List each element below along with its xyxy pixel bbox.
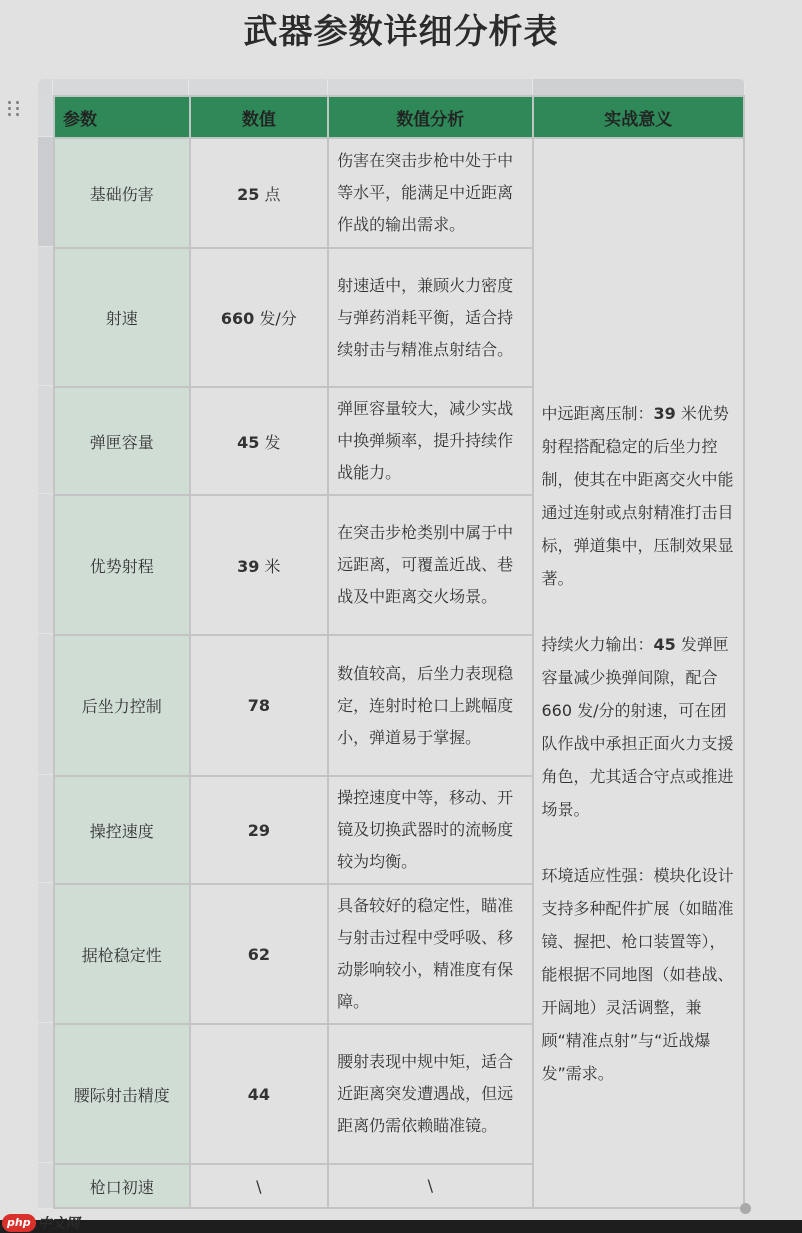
drag-handle-icon[interactable] (8, 101, 20, 117)
value-unit: 发 (265, 433, 281, 452)
row-handle-1[interactable] (38, 137, 53, 247)
watermark-text: 中文网 (38, 1213, 80, 1233)
value-cell[interactable]: \ (190, 1164, 329, 1208)
value-number: 25 (237, 185, 259, 204)
param-cell[interactable]: 优势射程 (54, 495, 190, 635)
analysis-cell[interactable]: 在突击步枪类别中属于中远距离，可覆盖近战、巷战及中距离交火场景。 (328, 495, 532, 635)
analysis-cell[interactable]: 操控速度中等，移动、开镜及切换武器时的流畅度较为均衡。 (328, 776, 532, 884)
value-number: \ (256, 1177, 261, 1196)
row-handle-2[interactable] (38, 247, 53, 386)
param-cell[interactable]: 据枪稳定性 (54, 884, 190, 1024)
value-cell[interactable]: 45 发 (190, 387, 329, 495)
row-handle-5[interactable] (38, 634, 53, 775)
value-number: 45 (237, 433, 259, 452)
value-number: 44 (248, 1085, 270, 1104)
corner-cell[interactable] (38, 79, 53, 95)
value-cell[interactable]: 25 点 (190, 138, 329, 248)
column-header-a[interactable] (53, 79, 189, 95)
param-cell[interactable]: 操控速度 (54, 776, 190, 884)
value-number: 29 (248, 821, 270, 840)
row-handle-7[interactable] (38, 883, 53, 1023)
value-number: 78 (248, 696, 270, 715)
value-number: 39 (237, 557, 259, 576)
analysis-cell[interactable]: 射速适中，兼顾火力密度与弹药消耗平衡，适合持续射击与精准点射结合。 (328, 248, 532, 387)
row-handle-6[interactable] (38, 775, 53, 883)
value-cell[interactable]: 78 (190, 635, 329, 776)
analysis-cell[interactable]: 腰射表现中规中矩，适合近距离突发遭遇战，但远距离仍需依赖瞄准镜。 (328, 1024, 532, 1164)
value-cell[interactable]: 39 米 (190, 495, 329, 635)
value-unit: 点 (265, 185, 281, 204)
value-number: 62 (248, 945, 270, 964)
analysis-cell[interactable]: 伤害在突击步枪中处于中等水平，能满足中近距离作战的输出需求。 (328, 138, 532, 248)
value-cell[interactable]: 660 发/分 (190, 248, 329, 387)
meaning-cell[interactable]: 中远距离压制：39 米优势射程搭配稳定的后坐力控制，使其在中距离交火中能通过连射… (533, 138, 745, 1208)
analysis-cell[interactable]: 数值较高，后坐力表现稳定，连射时枪口上跳幅度小，弹道易于掌握。 (328, 635, 532, 776)
spreadsheet-table: 参数 数值 数值分析 实战意义 基础伤害 25 点 伤害在突击步枪中处于中等水平… (38, 79, 745, 1209)
row-handle-9[interactable] (38, 1163, 53, 1209)
value-unit: 发/分 (259, 309, 296, 328)
bottom-bar (0, 1220, 802, 1233)
table-row: 基础伤害 25 点 伤害在突击步枪中处于中等水平，能满足中近距离作战的输出需求。… (54, 138, 744, 248)
column-header-d[interactable] (533, 79, 745, 95)
header-value[interactable]: 数值 (190, 96, 329, 138)
column-header-b[interactable] (189, 79, 328, 95)
page-title: 武器参数详细分析表 (0, 4, 802, 53)
meaning-paragraph-1: 中远距离压制：39 米优势射程搭配稳定的后坐力控制，使其在中距离交火中能通过连射… (542, 397, 736, 595)
header-param[interactable]: 参数 (54, 96, 190, 138)
analysis-cell[interactable]: 弹匣容量较大，减少实战中换弹频率，提升持续作战能力。 (328, 387, 532, 495)
value-cell[interactable]: 29 (190, 776, 329, 884)
analysis-cell[interactable]: 具备较好的稳定性，瞄准与射击过程中受呼吸、移动影响较小，精准度有保障。 (328, 884, 532, 1024)
param-cell[interactable]: 基础伤害 (54, 138, 190, 248)
table-resize-handle[interactable] (740, 1203, 751, 1214)
column-header-bar (38, 79, 745, 95)
param-cell[interactable]: 射速 (54, 248, 190, 387)
row-handle-8[interactable] (38, 1023, 53, 1163)
watermark-logo: php (2, 1214, 36, 1232)
row-handle-4[interactable] (38, 494, 53, 634)
meaning-paragraph-3: 环境适应性强：模块化设计支持多种配件扩展（如瞄准镜、握把、枪口装置等），能根据不… (542, 859, 736, 1090)
table-header-row: 参数 数值 数值分析 实战意义 (54, 96, 744, 138)
weapon-stats-table: 参数 数值 数值分析 实战意义 基础伤害 25 点 伤害在突击步枪中处于中等水平… (53, 95, 745, 1209)
row-handle-header[interactable] (38, 95, 53, 137)
analysis-cell[interactable]: \ (328, 1164, 532, 1208)
param-cell[interactable]: 弹匣容量 (54, 387, 190, 495)
param-cell[interactable]: 后坐力控制 (54, 635, 190, 776)
value-unit: 米 (265, 557, 281, 576)
meaning-paragraph-2: 持续火力输出：45 发弹匣容量减少换弹间隙，配合 660 发/分的射速，可在团队… (542, 628, 736, 826)
header-meaning[interactable]: 实战意义 (533, 96, 745, 138)
param-cell[interactable]: 腰际射击精度 (54, 1024, 190, 1164)
value-cell[interactable]: 62 (190, 884, 329, 1024)
value-number: 660 (221, 309, 254, 328)
row-handle-3[interactable] (38, 386, 53, 494)
header-analysis[interactable]: 数值分析 (328, 96, 532, 138)
value-cell[interactable]: 44 (190, 1024, 329, 1164)
column-header-c[interactable] (328, 79, 533, 95)
param-cell[interactable]: 枪口初速 (54, 1164, 190, 1208)
watermark: php 中文网 (2, 1213, 80, 1233)
